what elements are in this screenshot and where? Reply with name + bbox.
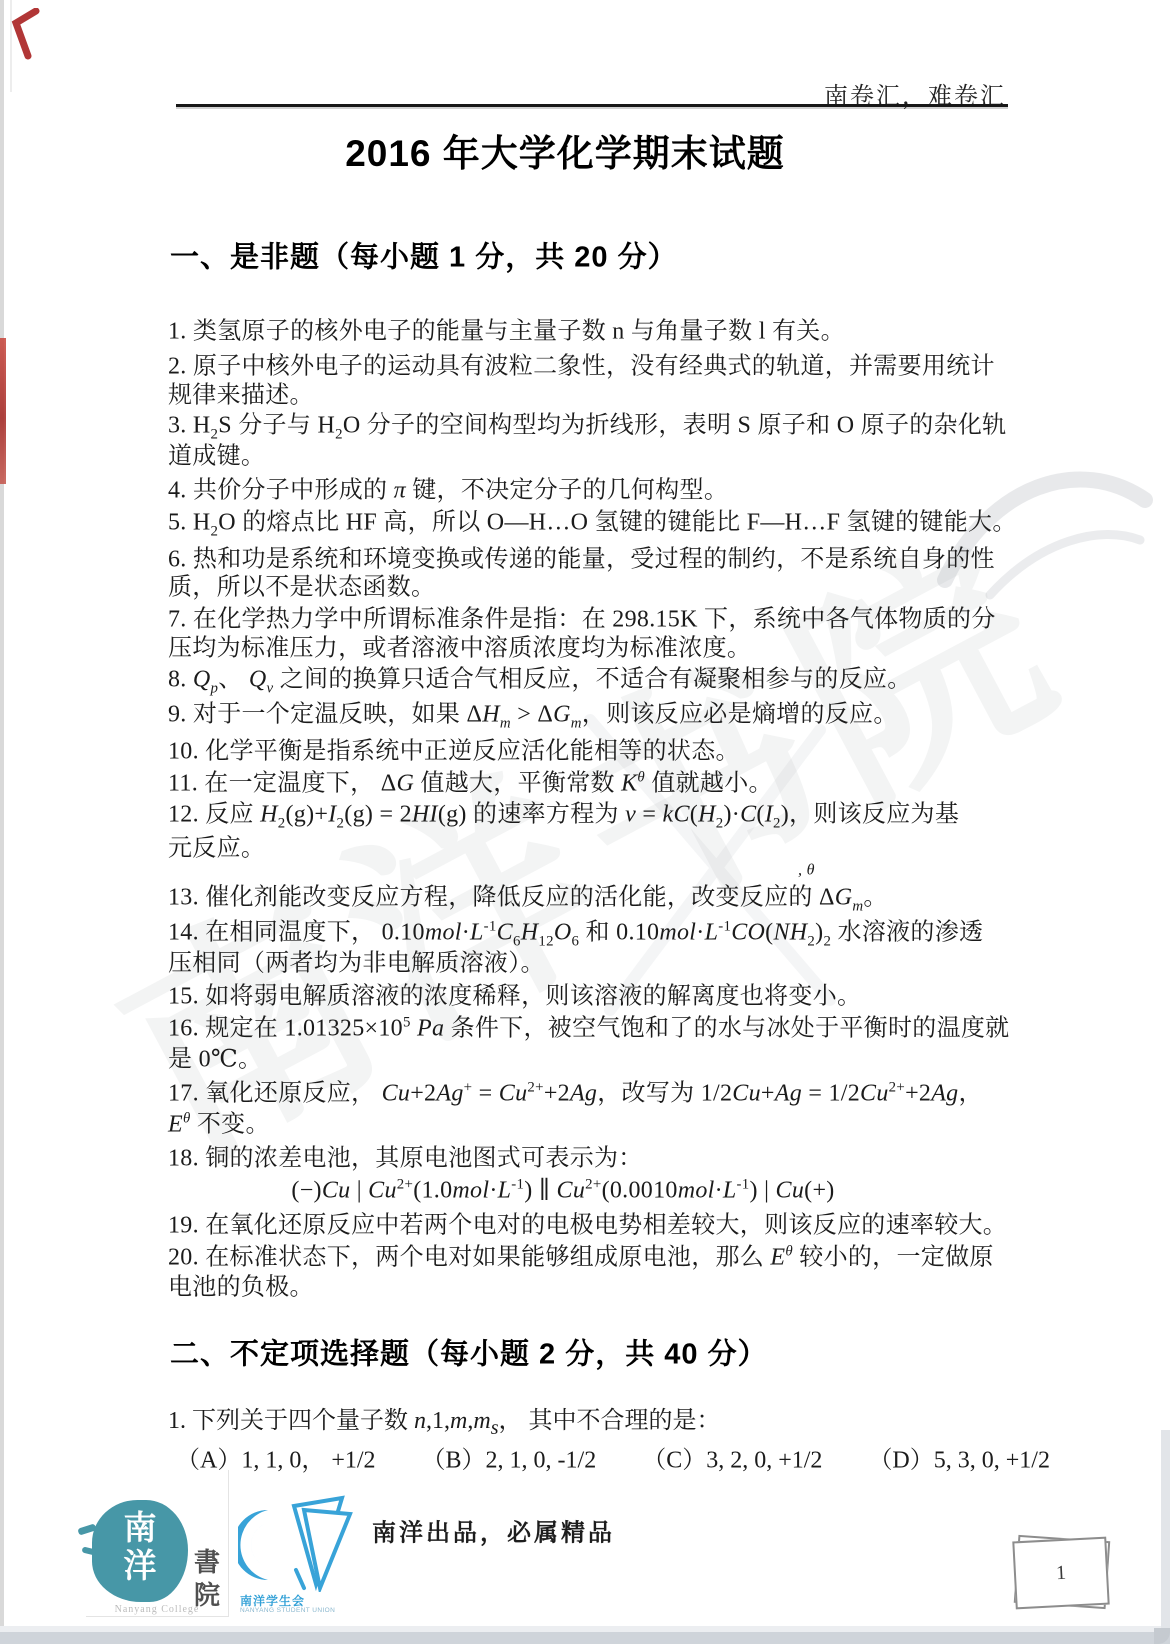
page-number-box: 1 xyxy=(1014,1536,1108,1608)
footer-slogan: 南洋出品，必属精品 xyxy=(372,1513,615,1548)
option-item: （C）3, 2, 0, +1/2 xyxy=(642,1448,822,1474)
question-line: 质，所以不是状态函数。 xyxy=(168,567,435,602)
union-logo-en: NANYANG STUDENT UNION xyxy=(240,1607,335,1614)
college-cn-char2: 洋 xyxy=(124,1549,157,1585)
page-bottom-edge xyxy=(0,1632,1170,1644)
mc-options: （A）1, 1, 0， +1/2（B）2, 1, 0, -1/2（C）3, 2,… xyxy=(176,1440,1096,1475)
page-number: 1 xyxy=(1012,1537,1109,1610)
option-item: （B）2, 1, 0, -1/2 xyxy=(422,1448,597,1474)
question-line: (−)Cu | Cu2+(1.0mol·L-1) ∥ Cu2+(0.0010mo… xyxy=(168,1176,958,1205)
question-line: 8. Qp、 Qv 之间的换算只适合气相反应，不适合有凝聚相参与的反应。 xyxy=(168,659,912,698)
question-line: 是 0℃。 xyxy=(168,1039,262,1074)
question-line: 电池的负极。 xyxy=(168,1267,314,1302)
question-line: 压相同（两者均为非电解质溶液）。 xyxy=(168,943,545,978)
question-line: 9. 对于一个定温反映，如果 ΔHm > ΔGm，则该反应必是熵增的反应。 xyxy=(168,694,898,733)
page-right-edge xyxy=(1161,1430,1170,1632)
question-line: 19. 在氧化还原反应中若两个电对的电极电势相差较大，则该反应的速率较大。 xyxy=(168,1205,1007,1240)
section2-heading: 二、不定项选择题（每小题 2 分，共 40 分） xyxy=(170,1332,768,1373)
question-line: 3. H2S 分子与 H2O 分子的空间构型均为折线形，表明 S 原子和 O 原… xyxy=(168,405,1006,444)
college-logo-suffix: 書 院 xyxy=(192,1546,222,1612)
question-line: 4. 共价分子中形成的 π 键，不决定分子的几何构型。 xyxy=(168,470,728,505)
college-logo-cn: 南 洋 xyxy=(92,1510,188,1586)
question-line: 10. 化学平衡是指系统中正逆反应活化能相等的状态。 xyxy=(168,731,740,766)
question-line: 压均为标准压力，或者溶液中溶质浓度均为标准浓度。 xyxy=(168,628,751,663)
mc-question: 1. 下列关于四个量子数 n,1,m,ms， 其中不合理的是： xyxy=(168,1400,720,1440)
college-logo-en: Nanyang College xyxy=(86,1604,228,1615)
header-rule xyxy=(176,104,1008,107)
question-line: 12. 反应 H2(g)+I2(g) = 2HI(g) 的速率方程为 v = k… xyxy=(168,794,959,833)
question-line: 15. 如将弱电解质溶液的浓度稀释，则该溶液的解离度也将变小。 xyxy=(168,976,861,1011)
union-logo: 南洋学生会 NANYANG STUDENT UNION xyxy=(238,1492,354,1616)
college-logo: 南 洋 書 院 Nanyang College xyxy=(86,1470,229,1617)
exam-scan-page: 南洋书院 南卷汇，难卷汇 2016 年大学化学期末试题 一、是非题（每小题 1 … xyxy=(0,0,1170,1644)
question-line: 13. 催化剂能改变反应方程，降低反应的活化能，改变反应的 ΔGm。 xyxy=(168,877,888,916)
question-line: Eθ 不变。 xyxy=(168,1104,270,1139)
red-edge-mark xyxy=(0,338,6,484)
question-line: 11. 在一定温度下， ΔG 值越大，平衡常数 Kθ 值就越小。 xyxy=(168,763,773,798)
question-line: 元反应。 xyxy=(168,828,265,863)
question-line: 道成键。 xyxy=(168,436,265,471)
exam-title: 2016 年大学化学期末试题 xyxy=(170,123,960,177)
page-left-edge xyxy=(0,0,4,1644)
option-item: （D）5, 3, 0, +1/2 xyxy=(868,1448,1050,1474)
question-line: 16. 规定在 1.01325×105 Pa 条件下，被空气饱和了的水与冰处于平… xyxy=(168,1008,1009,1043)
section1-heading: 一、是非题（每小题 1 分，共 20 分） xyxy=(170,235,678,276)
red-corner-mark xyxy=(10,8,44,60)
college-suffix-char1: 書 xyxy=(194,1548,220,1577)
question-line: 1. 类氢原子的核外电子的能量与主量子数 n 与角量子数 l 有关。 xyxy=(168,311,845,346)
college-logo-blob: 南 洋 xyxy=(92,1500,188,1602)
question-line: 18. 铜的浓差电池，其原电池图式可表示为： xyxy=(168,1138,643,1173)
question-line: 5. H2O 的熔点比 HF 高，所以 O—H…O 氢键的键能比 F—H…F 氢… xyxy=(168,502,1017,541)
college-cn-char1: 南 xyxy=(124,1511,157,1547)
question-line: 17. 氧化还原反应， Cu+2Ag+ = Cu2++2Ag，改写为 1/2Cu… xyxy=(168,1073,983,1108)
union-logo-graphic xyxy=(238,1492,354,1592)
